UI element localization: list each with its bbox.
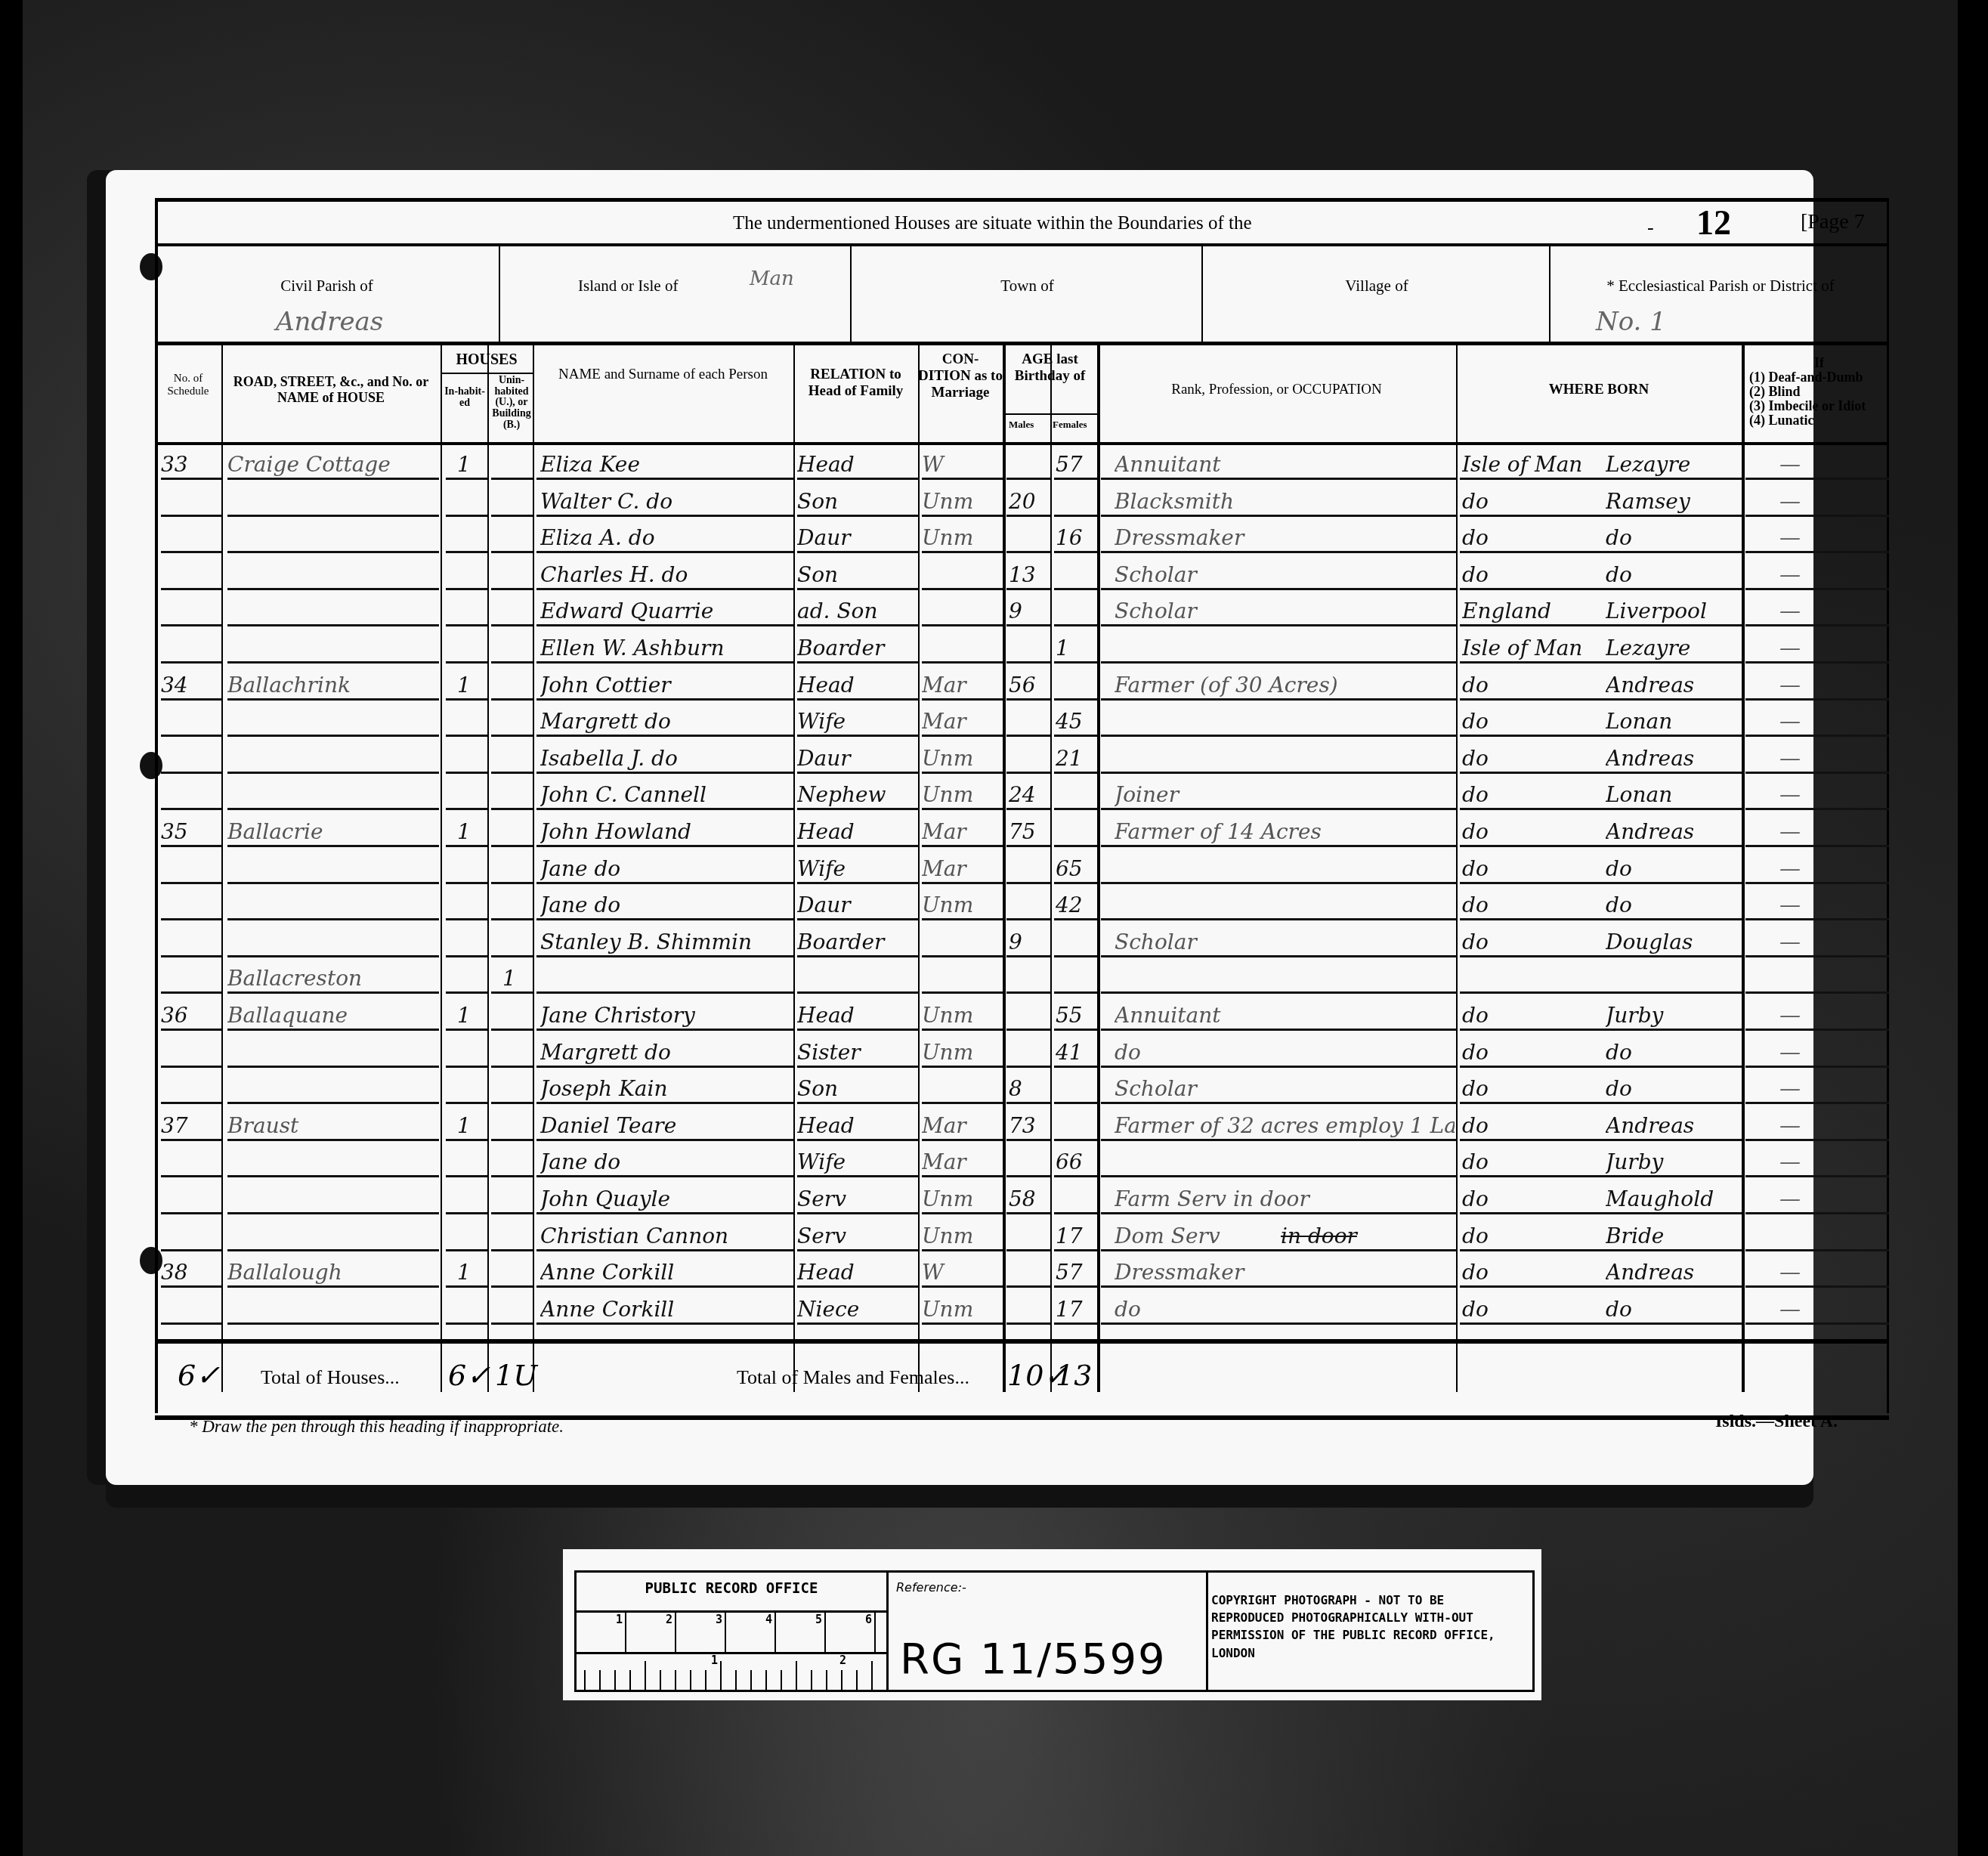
cell-born-country: do — [1462, 709, 1598, 734]
cell-born-parish: Andreas — [1606, 673, 1740, 698]
cell-name: Eliza Kee — [540, 452, 793, 477]
cell-name: Anne Corkill — [540, 1260, 793, 1285]
table-row: 35Ballacrie1John HowlandHeadMar75Farmer … — [155, 811, 1889, 847]
cell-infirmity: — — [1779, 1113, 1878, 1138]
ruler-tick — [871, 1661, 873, 1690]
cell-relation: Head — [797, 452, 918, 477]
cell-relation: Nephew — [797, 782, 918, 807]
cell-born-parish: Andreas — [1606, 1260, 1740, 1285]
cell-condition: Mar — [922, 709, 1001, 734]
ruler-tick — [811, 1670, 812, 1690]
cell-born-parish: Douglas — [1606, 930, 1740, 954]
cell-condition: Unm — [922, 1040, 1001, 1065]
cell-condition: Mar — [922, 819, 1001, 844]
cell-female-age: 55 — [1056, 1003, 1097, 1028]
cell-name: John Quayle — [540, 1186, 793, 1211]
table-row: Stanley B. ShimminBoarder9ScholardoDougl… — [155, 921, 1889, 957]
ruler-tick — [856, 1670, 858, 1690]
col-condition: CON-DITION as to Marriage — [918, 345, 1003, 442]
cell-born-country: do — [1462, 562, 1598, 587]
cell-born-country: Isle of Man — [1462, 452, 1598, 477]
cell-inhabited: 1 — [457, 1260, 487, 1285]
cell-male-age: 8 — [1009, 1076, 1050, 1101]
cell-infirmity: — — [1779, 856, 1878, 881]
cell-name: John C. Cannell — [540, 782, 793, 807]
reference-box: Reference:- RG 11/5599 — [889, 1573, 1208, 1690]
cell-relation: Sister — [797, 1040, 918, 1065]
cell-born-parish: Andreas — [1606, 819, 1740, 844]
cell-infirmity: — — [1779, 673, 1878, 698]
cell-house: Ballachrink — [227, 673, 439, 698]
cell-house: Ballalough — [227, 1260, 439, 1285]
cell-infirmity: — — [1779, 819, 1878, 844]
ruler-cm-mark: 1 — [577, 1613, 626, 1652]
table-row: 38Ballalough1Anne CorkillHeadW57Dressmak… — [155, 1251, 1889, 1288]
cell-born-country: do — [1462, 1149, 1598, 1174]
cell-name: Ellen W. Ashburn — [540, 636, 793, 660]
cell-name: Anne Corkill — [540, 1297, 793, 1322]
table-row: 36Ballaquane1Jane ChristoryHeadUnm55Annu… — [155, 995, 1889, 1031]
ruler-inch-mark: 2 — [839, 1653, 846, 1667]
cell-house: Ballacrie — [227, 819, 439, 844]
table-row: Christian CannonServUnm17Dom ServdoBride… — [155, 1215, 1889, 1251]
cell-relation: Boarder — [797, 930, 918, 954]
table-row: 34Ballachrink1John CottierHeadMar56Farme… — [155, 664, 1889, 701]
cell-condition: Unm — [922, 892, 1001, 917]
table-row: Jane doDaurUnm42dodo— — [155, 884, 1889, 920]
cell-female-age: 1 — [1056, 636, 1097, 660]
cell-born-country: do — [1462, 819, 1598, 844]
village-cell: Village of — [1201, 246, 1551, 342]
cell-infirmity: — — [1779, 1260, 1878, 1285]
cell-born-parish: do — [1606, 525, 1740, 550]
table-row: Margrett doWifeMar45doLonan— — [155, 701, 1889, 737]
cell-infirmity: — — [1779, 1149, 1878, 1174]
cell-male-age: 9 — [1009, 599, 1050, 623]
cell-infirmity: — — [1779, 562, 1878, 587]
footnote: * Draw the pen through this heading if i… — [189, 1417, 564, 1437]
cell-born-country: do — [1462, 673, 1598, 698]
cell-condition: W — [922, 1260, 1001, 1285]
houses-total-label: Total of Houses... — [261, 1366, 400, 1389]
ruler-cm-mark: 3 — [676, 1613, 726, 1652]
col-infirmity: If (1) Deaf-and-Dumb (2) Blind (3) Imbec… — [1742, 345, 1889, 442]
ruler-tick — [781, 1670, 782, 1690]
cell-name: Joseph Kain — [540, 1076, 793, 1101]
table-row: John C. CannellNephewUnm24JoinerdoLonan— — [155, 774, 1889, 810]
col-road: ROAD, STREET, &c., and No. or NAME of HO… — [221, 345, 441, 442]
civil-parish-value: Andreas — [276, 307, 383, 337]
cell-relation: Daur — [797, 746, 918, 771]
cell-born-parish: do — [1606, 856, 1740, 881]
ruler-tick — [765, 1670, 767, 1690]
cell-relation: Daur — [797, 892, 918, 917]
census-form: The undermentioned Houses are situate wi… — [155, 198, 1889, 1413]
cell-condition: Unm — [922, 782, 1001, 807]
cell-occupation: Farmer of 32 acres employ 1 Lab. — [1115, 1113, 1455, 1138]
col-houses: HOUSES In-habit-ed Unin-habited (U.), or… — [441, 345, 533, 442]
ruler-tick — [841, 1670, 843, 1690]
office-title: PUBLIC RECORD OFFICE — [577, 1580, 886, 1597]
cell-female-age: 17 — [1056, 1223, 1097, 1248]
ruler-tick — [690, 1670, 691, 1690]
cell-occupation: Annuitant — [1115, 452, 1455, 477]
cell-born-country: do — [1462, 1003, 1598, 1028]
struck-occupation-text: in door — [1281, 1223, 1432, 1248]
col-occupation: Rank, Profession, or OCCUPATION — [1097, 345, 1456, 442]
ruler-tick — [614, 1670, 616, 1690]
cell-inhabited: 1 — [457, 1113, 487, 1138]
cell-name: Jane Christory — [540, 1003, 793, 1028]
cell-occupation: do — [1115, 1297, 1455, 1322]
cell-occupation: Farmer of 14 Acres — [1115, 819, 1455, 844]
cell-occupation: Annuitant — [1115, 1003, 1455, 1028]
dash-mark: - — [1647, 216, 1654, 239]
table-row: John QuayleServUnm58Farm Serv in doordoM… — [155, 1178, 1889, 1214]
cell-condition: Mar — [922, 1149, 1001, 1174]
cell-relation: Head — [797, 673, 918, 698]
cell-name: Charles H. do — [540, 562, 793, 587]
table-row: Joseph KainSon8Scholardodo— — [155, 1068, 1889, 1104]
cell-infirmity: — — [1779, 1076, 1878, 1101]
scan-border-left — [0, 0, 23, 1856]
ruler-cm-mark: 2 — [626, 1613, 676, 1652]
ruler-inch-mark: 1 — [711, 1653, 718, 1667]
cell-born-country: do — [1462, 1260, 1598, 1285]
schedule-total: 6✓ — [178, 1359, 220, 1392]
cell-inhabited: 1 — [457, 1003, 487, 1028]
cell-male-age: 9 — [1009, 930, 1050, 954]
cell-inhabited: 1 — [457, 819, 487, 844]
col-schedule: No. of Schedule — [155, 345, 221, 442]
ruler-tick — [675, 1670, 676, 1690]
cell-condition: Unm — [922, 525, 1001, 550]
table-row: Anne CorkillNieceUnm17dododo— — [155, 1288, 1889, 1325]
cell-relation: Wife — [797, 856, 918, 881]
ecclesiastical-parish-cell: * Ecclesiastical Parish or District of N… — [1549, 246, 1891, 342]
ruler-tick — [660, 1670, 661, 1690]
cell-inhabited: 1 — [457, 673, 487, 698]
cell-female-age: 17 — [1056, 1297, 1097, 1322]
cell-infirmity: — — [1779, 1040, 1878, 1065]
table-row: Edward Quarriead. Son9ScholarEnglandLive… — [155, 590, 1889, 626]
cell-born-country: do — [1462, 1076, 1598, 1101]
cell-condition: Unm — [922, 746, 1001, 771]
table-row: 33Craige Cottage1Eliza KeeHeadW57Annuita… — [155, 444, 1889, 480]
table-row: Jane doWifeMar66doJurby— — [155, 1141, 1889, 1177]
cell-name: Jane do — [540, 1149, 793, 1174]
cell-uninhabited: 1 — [502, 966, 533, 991]
reference-number: RG 11/5599 — [900, 1635, 1167, 1684]
cell-name: John Cottier — [540, 673, 793, 698]
cell-male-age: 58 — [1009, 1186, 1050, 1211]
scale-ruler: PUBLIC RECORD OFFICE 123456 12 — [577, 1573, 889, 1690]
cell-name: John Howland — [540, 819, 793, 844]
table-row: Walter C. doSonUnm20BlacksmithdoRamsey— — [155, 481, 1889, 517]
cell-infirmity: — — [1779, 489, 1878, 514]
females-total: 13 — [1056, 1359, 1092, 1392]
civil-parish-cell: Civil Parish of Andreas — [155, 246, 499, 342]
inhabited-total: 6✓ — [448, 1359, 490, 1392]
cell-born-country: do — [1462, 1223, 1598, 1248]
cell-male-age: 24 — [1009, 782, 1050, 807]
cell-born-parish: Jurby — [1606, 1003, 1740, 1028]
cell-born-country: do — [1462, 856, 1598, 881]
cell-relation: Son — [797, 489, 918, 514]
cell-male-age: 75 — [1009, 819, 1050, 844]
cell-infirmity: — — [1779, 599, 1878, 623]
ruler-tick — [735, 1670, 737, 1690]
cell-born-country: do — [1462, 489, 1598, 514]
cell-name: Jane do — [540, 892, 793, 917]
cell-male-age: 56 — [1009, 673, 1050, 698]
cell-occupation: Dressmaker — [1115, 525, 1455, 550]
table-row: Ballacreston1 — [155, 957, 1889, 994]
cell-born-parish: do — [1606, 892, 1740, 917]
cell-born-parish: Liverpool — [1606, 599, 1740, 623]
ruler-tick — [645, 1661, 646, 1690]
cell-occupation: Farmer (of 30 Acres) — [1115, 673, 1455, 698]
cell-female-age: 65 — [1056, 856, 1097, 881]
cell-occupation: Scholar — [1115, 930, 1455, 954]
cell-occupation: Scholar — [1115, 599, 1455, 623]
ruler-cm-mark: 4 — [726, 1613, 776, 1652]
cell-name: Edward Quarrie — [540, 599, 793, 623]
cell-name: Christian Cannon — [540, 1223, 793, 1248]
cell-born-country: do — [1462, 746, 1598, 771]
col-relation: RELATION to Head of Family — [793, 345, 918, 442]
cell-name: Daniel Teare — [540, 1113, 793, 1138]
cell-infirmity: — — [1779, 1186, 1878, 1211]
cell-born-country: Isle of Man — [1462, 636, 1598, 660]
cell-house: Ballaquane — [227, 1003, 439, 1028]
cell-schedule: 36 — [161, 1003, 220, 1028]
ruler-tick — [796, 1661, 797, 1690]
cell-born-parish: Bride — [1606, 1223, 1740, 1248]
copyright-notice: COPYRIGHT PHOTOGRAPH - NOT TO BE REPRODU… — [1211, 1592, 1521, 1662]
cell-born-parish: Jurby — [1606, 1149, 1740, 1174]
col-where-born: WHERE BORN — [1456, 345, 1742, 442]
cell-born-parish: Lezayre — [1606, 636, 1740, 660]
cell-schedule: 34 — [161, 673, 220, 698]
sheet-label: Islds.—Sheet A. — [1715, 1412, 1838, 1432]
cell-infirmity: — — [1779, 1297, 1878, 1322]
cell-relation: ad. Son — [797, 599, 918, 623]
cell-infirmity: — — [1779, 636, 1878, 660]
cell-female-age: 21 — [1056, 746, 1097, 771]
cell-infirmity: — — [1779, 452, 1878, 477]
cell-condition: Unm — [922, 489, 1001, 514]
column-header-row: No. of Schedule ROAD, STREET, &c., and N… — [155, 345, 1889, 445]
cell-born-country: do — [1462, 782, 1598, 807]
cell-born-parish: Lonan — [1606, 709, 1740, 734]
table-row: Eliza A. doDaurUnm16Dressmakerdodo— — [155, 517, 1889, 553]
cell-name: Margrett do — [540, 709, 793, 734]
cell-name: Walter C. do — [540, 489, 793, 514]
cell-relation: Son — [797, 1076, 918, 1101]
town-cell: Town of — [850, 246, 1203, 342]
cell-house: Ballacreston — [227, 966, 439, 991]
cell-condition: Unm — [922, 1223, 1001, 1248]
cell-name: Eliza A. do — [540, 525, 793, 550]
scan-border-right — [1958, 0, 1988, 1856]
cell-female-age: 66 — [1056, 1149, 1097, 1174]
cell-male-age: 13 — [1009, 562, 1050, 587]
cell-schedule: 35 — [161, 819, 220, 844]
cell-occupation: Scholar — [1115, 1076, 1455, 1101]
cell-infirmity: — — [1779, 930, 1878, 954]
cell-born-parish: Andreas — [1606, 1113, 1740, 1138]
cell-condition: Unm — [922, 1186, 1001, 1211]
cell-schedule: 33 — [161, 452, 220, 477]
cell-infirmity: — — [1779, 709, 1878, 734]
cell-female-age: 57 — [1056, 1260, 1097, 1285]
cell-born-country: do — [1462, 1113, 1598, 1138]
cell-female-age: 16 — [1056, 525, 1097, 550]
cell-relation: Serv — [797, 1223, 918, 1248]
page-label: [Page 7 — [1801, 210, 1865, 234]
totals-row: 6✓ Total of Houses... 6✓ 1U Total of Mal… — [155, 1339, 1889, 1420]
cell-relation: Head — [797, 1003, 918, 1028]
cell-born-parish: do — [1606, 1040, 1740, 1065]
cell-occupation: do — [1115, 1040, 1455, 1065]
cell-relation: Head — [797, 819, 918, 844]
cell-male-age: 73 — [1009, 1113, 1050, 1138]
cell-occupation: Farm Serv in door — [1115, 1186, 1455, 1211]
cell-born-country: do — [1462, 1040, 1598, 1065]
form-title: The undermentioned Houses are situate wi… — [733, 213, 1252, 234]
cell-house: Braust — [227, 1113, 439, 1138]
cell-male-age: 20 — [1009, 489, 1050, 514]
cell-condition: Unm — [922, 1003, 1001, 1028]
cell-relation: Head — [797, 1113, 918, 1138]
cell-schedule: 37 — [161, 1113, 220, 1138]
cell-relation: Head — [797, 1260, 918, 1285]
cell-born-parish: Maughold — [1606, 1186, 1740, 1211]
cell-occupation: Dressmaker — [1115, 1260, 1455, 1285]
cell-name: Margrett do — [540, 1040, 793, 1065]
cell-born-parish: Andreas — [1606, 746, 1740, 771]
cell-infirmity: — — [1779, 892, 1878, 917]
cell-born-parish: Lonan — [1606, 782, 1740, 807]
cell-relation: Niece — [797, 1297, 918, 1322]
ruler-cm-mark: 5 — [776, 1613, 826, 1652]
ruler-tick — [750, 1670, 752, 1690]
sheet-number: 12 — [1696, 203, 1731, 243]
cell-infirmity: — — [1779, 782, 1878, 807]
ruler-tick — [584, 1670, 586, 1690]
table-row: Isabella J. doDaurUnm21doAndreas— — [155, 738, 1889, 774]
cell-relation: Wife — [797, 709, 918, 734]
cell-occupation: Joiner — [1115, 782, 1455, 807]
cell-name: Jane do — [540, 856, 793, 881]
cell-born-parish: Lezayre — [1606, 452, 1740, 477]
cell-name: Isabella J. do — [540, 746, 793, 771]
cell-female-age: 42 — [1056, 892, 1097, 917]
cell-born-country: do — [1462, 1186, 1598, 1211]
table-row: Ellen W. AshburnBoarder1Isle of ManLezay… — [155, 627, 1889, 664]
boundary-row: Civil Parish of Andreas Island or Isle o… — [155, 246, 1889, 345]
cell-occupation: Blacksmith — [1115, 489, 1455, 514]
uninhabited-total: 1U — [495, 1359, 537, 1392]
cell-born-parish: Ramsey — [1606, 489, 1740, 514]
cell-infirmity: — — [1779, 746, 1878, 771]
ruler-cm-mark: 6 — [826, 1613, 876, 1652]
cell-relation: Wife — [797, 1149, 918, 1174]
cell-born-country: do — [1462, 892, 1598, 917]
cell-infirmity: — — [1779, 525, 1878, 550]
cell-born-parish: do — [1606, 1297, 1740, 1322]
cell-female-age: 57 — [1056, 452, 1097, 477]
table-row: 37Braust1Daniel TeareHeadMar73Farmer of … — [155, 1105, 1889, 1141]
cell-born-parish: do — [1606, 1076, 1740, 1101]
ruler-tick — [826, 1670, 827, 1690]
ruler-tick — [599, 1670, 601, 1690]
form-title-row: The undermentioned Houses are situate wi… — [155, 198, 1889, 246]
table-row: Jane doWifeMar65dodo— — [155, 848, 1889, 884]
cell-condition: Mar — [922, 856, 1001, 881]
island-value: Man — [750, 268, 794, 290]
ruler-tick — [705, 1670, 706, 1690]
cell-relation: Boarder — [797, 636, 918, 660]
ruler-tick — [720, 1661, 722, 1690]
cell-infirmity: — — [1779, 1003, 1878, 1028]
cell-female-age: 45 — [1056, 709, 1097, 734]
cell-condition: Mar — [922, 1113, 1001, 1138]
cell-schedule: 38 — [161, 1260, 220, 1285]
cell-relation: Son — [797, 562, 918, 587]
cell-born-country: England — [1462, 599, 1598, 623]
col-name: NAME and Surname of each Person — [533, 345, 793, 442]
cell-condition: W — [922, 452, 1001, 477]
cell-female-age: 41 — [1056, 1040, 1097, 1065]
public-record-office-label: PUBLIC RECORD OFFICE 123456 12 Reference… — [563, 1549, 1541, 1700]
cell-born-country: do — [1462, 525, 1598, 550]
cell-name: Stanley B. Shimmin — [540, 930, 793, 954]
cell-condition: Mar — [922, 673, 1001, 698]
cell-occupation: Scholar — [1115, 562, 1455, 587]
ruler-tick — [629, 1670, 631, 1690]
ecclesiastical-parish-value: No. 1 — [1596, 307, 1666, 337]
table-row: Margrett doSisterUnm41dododo— — [155, 1032, 1889, 1068]
cell-relation: Daur — [797, 525, 918, 550]
cell-condition: Unm — [922, 1297, 1001, 1322]
cell-house: Craige Cottage — [227, 452, 439, 477]
cell-born-parish: do — [1606, 562, 1740, 587]
table-row: Charles H. doSon13Scholardodo— — [155, 554, 1889, 590]
cell-born-country: do — [1462, 930, 1598, 954]
cell-born-country: do — [1462, 1297, 1598, 1322]
cell-relation: Serv — [797, 1186, 918, 1211]
island-cell: Island or Isle of Man — [499, 246, 852, 342]
cell-inhabited: 1 — [457, 452, 487, 477]
persons-total-label: Total of Males and Females... — [737, 1366, 969, 1389]
